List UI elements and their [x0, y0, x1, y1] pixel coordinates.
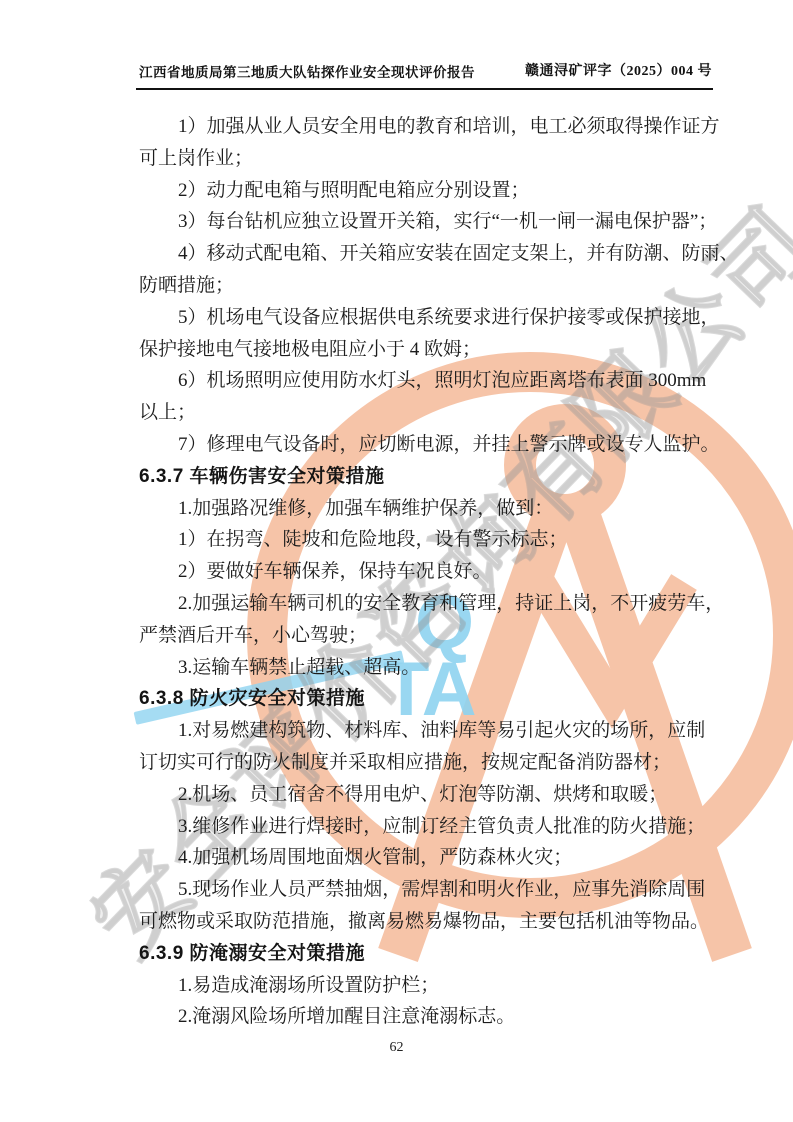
body-line: 3.维修作业进行焊接时，应制订经主管负责人批准的防火措施； [139, 811, 715, 843]
document-body: 1）加强从业人员安全用电的教育和培训，电工必须取得操作证方 可上岗作业； 2）动… [139, 111, 715, 1033]
body-line: 1.加强路况维修，加强车辆维护保养，做到： [139, 493, 715, 525]
body-line: 5.现场作业人员严禁抽烟，需焊割和明火作业，应事先消除周围 [139, 874, 715, 906]
body-line: 防晒措施； [139, 270, 715, 302]
section-heading: 6.3.9 防淹溺安全对策措施 [139, 938, 715, 970]
body-line: 2.加强运输车辆司机的安全教育和管理，持证上岗，不开疲劳车， [139, 588, 715, 620]
body-line: 2）动力配电箱与照明配电箱应分别设置； [139, 175, 715, 207]
header-divider [136, 88, 713, 90]
body-line: 6）机场照明应使用防水灯头，照明灯泡应距离塔布表面 300mm [139, 365, 715, 397]
body-line: 5）机场电气设备应根据供电系统要求进行保护接零或保护接地， [139, 302, 715, 334]
body-line: 3.运输车辆禁止超载、超高。 [139, 652, 715, 684]
body-line: 保护接地电气接地极电阻应小于 4 欧姆； [139, 334, 715, 366]
body-line: 1.对易燃建构筑物、材料库、油料库等易引起火灾的场所，应制 [139, 715, 715, 747]
page-number: 62 [0, 1040, 793, 1056]
body-line: 7）修理电气设备时，应切断电源，并挂上警示牌或设专人监护。 [139, 429, 715, 461]
header-doc-number: 赣通浔矿评字（2025）004 号 [525, 60, 712, 80]
header-report-title: 江西省地质局第三地质大队钻探作业安全现状评价报告 [139, 61, 475, 81]
body-line: 订切实可行的防火制度并采取相应措施，按规定配备消防器材； [139, 747, 715, 779]
body-line: 1）在拐弯、陡坡和危险地段，设有警示标志； [139, 524, 715, 556]
body-line: 4.加强机场周围地面烟火管制，严防森林火灾； [139, 842, 715, 874]
body-line: 严禁酒后开车，小心驾驶； [139, 620, 715, 652]
body-line: 可燃物或采取防范措施，撤离易燃易爆物品，主要包括机油等物品。 [139, 906, 715, 938]
section-heading: 6.3.8 防火灾安全对策措施 [139, 683, 715, 715]
document-page: 江西省地质局第三地质大队钻探作业安全现状评价报告 赣通浔矿评字（2025）004… [0, 0, 793, 1122]
section-heading: 6.3.7 车辆伤害安全对策措施 [139, 461, 715, 493]
body-line: 2.机场、员工宿舍不得用电炉、灯泡等防潮、烘烤和取暖； [139, 779, 715, 811]
body-line: 以上； [139, 397, 715, 429]
body-line: 1.易造成淹溺场所设置防护栏； [139, 970, 715, 1002]
body-line: 3）每台钻机应独立设置开关箱，实行“一机一闸一漏电保护器”； [139, 206, 715, 238]
body-line: 4）移动式配电箱、开关箱应安装在固定支架上，并有防潮、防雨、 [139, 238, 715, 270]
body-line: 可上岗作业； [139, 143, 715, 175]
body-line: 2）要做好车辆保养，保持车况良好。 [139, 556, 715, 588]
body-line: 2.淹溺风险场所增加醒目注意淹溺标志。 [139, 1001, 715, 1033]
body-line: 1）加强从业人员安全用电的教育和培训，电工必须取得操作证方 [139, 111, 715, 143]
